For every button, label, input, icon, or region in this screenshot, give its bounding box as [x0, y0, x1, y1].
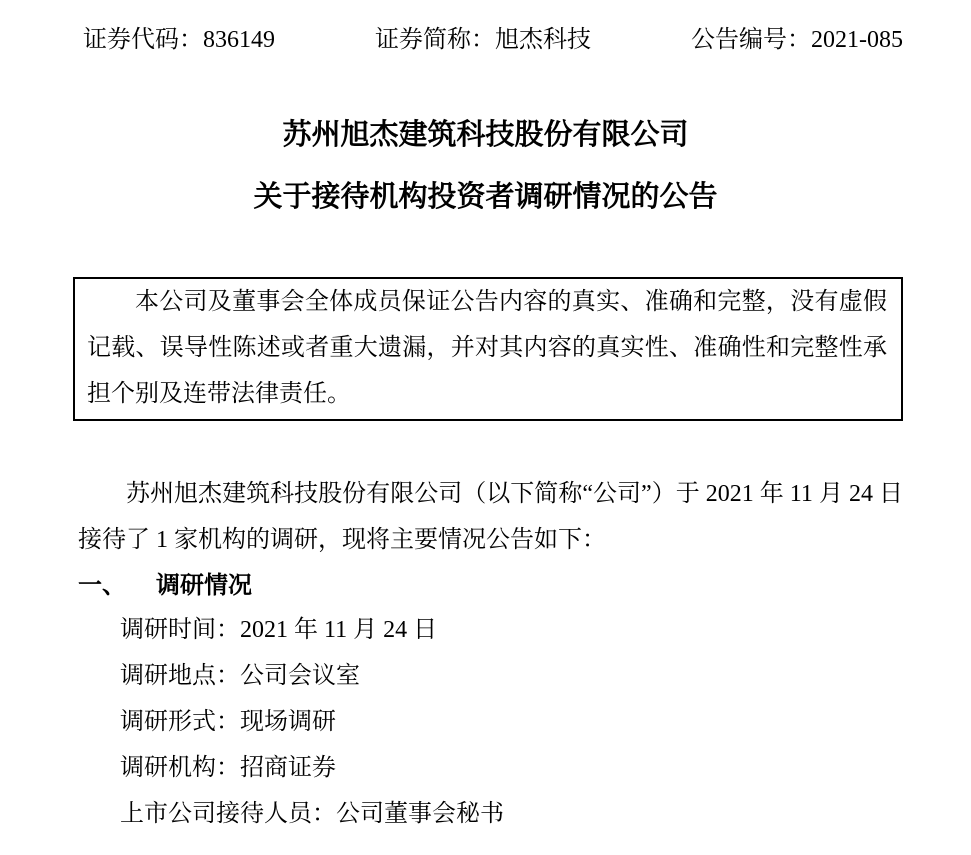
company-name-title: 苏州旭杰建筑科技股份有限公司: [0, 118, 971, 152]
detail-line-location: 调研地点：公司会议室: [120, 653, 971, 699]
detail-line-institution: 调研机构：招商证券: [120, 745, 971, 791]
disclaimer-box: 本公司及董事会全体成员保证公告内容的真实、准确和完整，没有虚假记载、误导性陈述或…: [73, 277, 903, 421]
intro-paragraph: 苏州旭杰建筑科技股份有限公司（以下简称“公司”）于 2021 年 11 月 24…: [78, 471, 903, 563]
section-heading: 一、调研情况: [78, 566, 971, 606]
announcement-title: 关于接待机构投资者调研情况的公告: [0, 180, 971, 214]
research-details: 调研时间：2021 年 11 月 24 日 调研地点：公司会议室 调研形式：现场…: [120, 607, 971, 837]
detail-line-time: 调研时间：2021 年 11 月 24 日: [120, 607, 971, 653]
detail-line-reception: 上市公司接待人员：公司董事会秘书: [120, 791, 971, 837]
section-title: 调研情况: [156, 566, 252, 606]
announcement-number: 公告编号：2021-085: [691, 26, 903, 54]
disclaimer-text: 本公司及董事会全体成员保证公告内容的真实、准确和完整，没有虚假记载、误导性陈述或…: [87, 289, 887, 407]
announcement-document: 证券代码：836149 证券简称：旭杰科技 公告编号：2021-085 苏州旭杰…: [0, 0, 971, 855]
section-number: 一、: [78, 573, 126, 599]
stock-name: 证券简称：旭杰科技: [375, 26, 591, 54]
stock-code: 证券代码：836149: [83, 26, 275, 54]
detail-line-format: 调研形式：现场调研: [120, 699, 971, 745]
document-header: 证券代码：836149 证券简称：旭杰科技 公告编号：2021-085: [83, 26, 903, 54]
